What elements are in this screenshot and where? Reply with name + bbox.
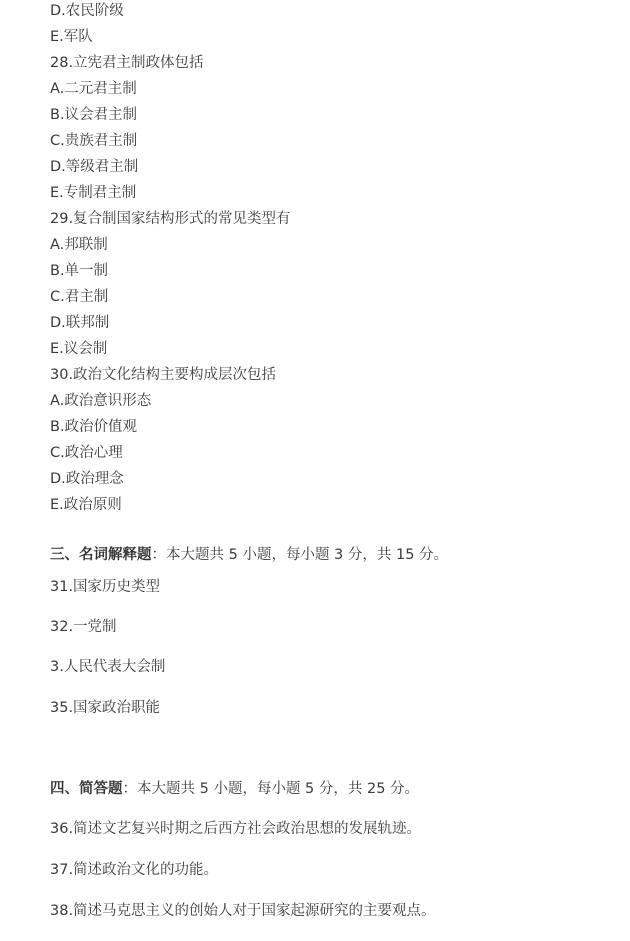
option-line: C.政治心理 bbox=[50, 443, 123, 463]
option-line: C.君主制 bbox=[50, 287, 108, 307]
option-line: A.二元君主制 bbox=[50, 79, 137, 99]
section-title: 四、简答题 bbox=[50, 781, 123, 797]
question-line: 38.简述马克思主义的创始人对于国家起源研究的主要观点。 bbox=[50, 901, 436, 921]
option-line: A.邦联制 bbox=[50, 235, 108, 255]
question-line: 31.国家历史类型 bbox=[50, 577, 160, 597]
option-line: A.政治意识形态 bbox=[50, 391, 151, 411]
question-line: 29.复合制国家结构形式的常见类型有 bbox=[50, 209, 291, 229]
section-title: 三、名词解释题 bbox=[50, 547, 152, 563]
section-desc: ：本大题共 5 小题，每小题 3 分，共 15 分。 bbox=[152, 547, 449, 563]
option-line: B.议会君主制 bbox=[50, 105, 137, 125]
question-line: 37.简述政治文化的功能。 bbox=[50, 860, 218, 880]
section-heading: 四、简答题：本大题共 5 小题，每小题 5 分，共 25 分。 bbox=[50, 779, 419, 799]
option-line: D.农民阶级 bbox=[50, 1, 124, 21]
option-line: D.等级君主制 bbox=[50, 157, 138, 177]
option-line: B.单一制 bbox=[50, 261, 108, 281]
question-line: 28.立宪君主制政体包括 bbox=[50, 53, 204, 73]
option-line: B.政治价值观 bbox=[50, 417, 137, 437]
option-line: C.贵族君主制 bbox=[50, 131, 137, 151]
question-line: 3.人民代表大会制 bbox=[50, 657, 165, 677]
option-line: E.军队 bbox=[50, 27, 93, 47]
option-line: E.议会制 bbox=[50, 339, 107, 359]
question-line: 35.国家政治职能 bbox=[50, 698, 160, 718]
question-line: 36.简述文艺复兴时期之后西方社会政治思想的发展轨迹。 bbox=[50, 819, 421, 839]
option-line: E.专制君主制 bbox=[50, 183, 136, 203]
section-heading: 三、名词解释题：本大题共 5 小题，每小题 3 分，共 15 分。 bbox=[50, 545, 448, 565]
option-line: D.政治理念 bbox=[50, 469, 124, 489]
question-line: 32.一党制 bbox=[50, 617, 117, 637]
option-line: E.政治原则 bbox=[50, 495, 122, 515]
section-desc: ：本大题共 5 小题，每小题 5 分，共 25 分。 bbox=[123, 781, 420, 797]
question-line: 30.政治文化结构主要构成层次包括 bbox=[50, 365, 276, 385]
option-line: D.联邦制 bbox=[50, 313, 109, 333]
